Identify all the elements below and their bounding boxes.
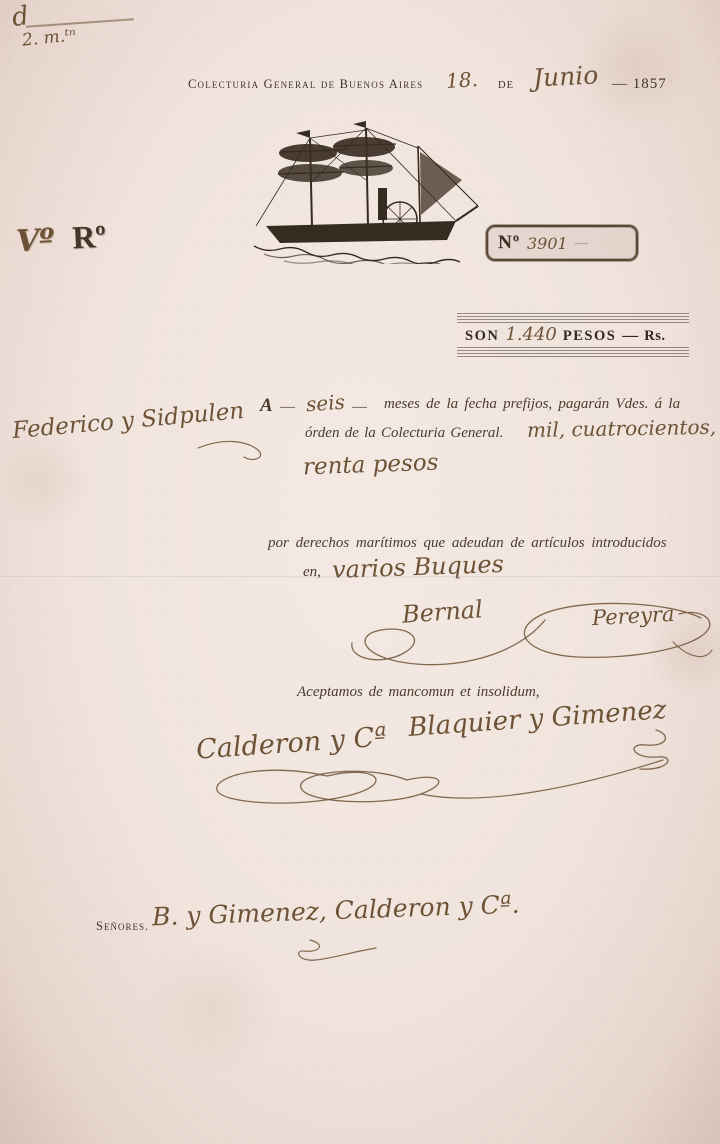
amount-strip-rules-bottom [457,347,689,359]
document-paper: d 2. m.ᵗⁿ Colecturia General de Buenos A… [0,0,720,1144]
payee-flourish [196,436,272,466]
corner-mark-sub: 2. m.ᵗⁿ [21,25,77,51]
amount-rs-label: Rs. [644,328,665,345]
term-prefix-letter: A [260,395,273,417]
number-label: Nº [498,232,520,254]
calderon-flourish [205,744,670,812]
amount-pesos-label: PESOS [563,328,616,345]
acceptance-text: Aceptamos de mancomun et insolidum, [297,684,540,701]
amount-dash: — [622,327,638,345]
term-value: seis [305,390,345,417]
amount-words-2: renta pesos [303,450,439,481]
term-dash-2: — [352,399,367,416]
date-de-label: de [498,80,514,91]
amount-value: 1.440 [505,324,557,345]
addressee-names: B. y Gimenez, Calderon y Cª. [152,890,520,932]
date-day: 18. [445,67,478,93]
number-value: 3901 [527,234,568,253]
senores-label: Señores. [96,919,149,934]
clause-text: por derechos marítimos que adeudan de ar… [268,535,667,552]
fold-crease [0,576,720,579]
corner-mark-stroke [26,18,134,27]
number-dash: — [575,235,588,251]
visto-mark-r: Rº [71,218,107,256]
office-name: Colecturia General de Buenos Aires [188,77,423,92]
visto-mark-v: Vº [15,222,55,259]
amount-strip: SON 1.440 PESOS — Rs. [457,313,689,359]
term-dash-1: — [280,399,295,416]
number-box: Nº 3901 — [486,225,638,261]
date-year: — 1857 [612,76,667,93]
corner-mark: d [10,1,31,33]
amount-son-label: SON [465,328,499,345]
pereyra-flourish [515,598,717,670]
visto-bueno-mark: Vº Rº [15,218,107,260]
footer-flourish [290,938,380,968]
promise-text-2: órden de la Colecturia General. [305,425,503,442]
promise-text-1: meses de la fecha prefijos, pagarán Vdes… [384,396,680,413]
amount-words-1: mil, cuatrocientos, cua [527,414,720,442]
amount-strip-rules-top [457,313,689,323]
ship-engraving [250,120,482,264]
date-month: Junio [532,60,599,92]
